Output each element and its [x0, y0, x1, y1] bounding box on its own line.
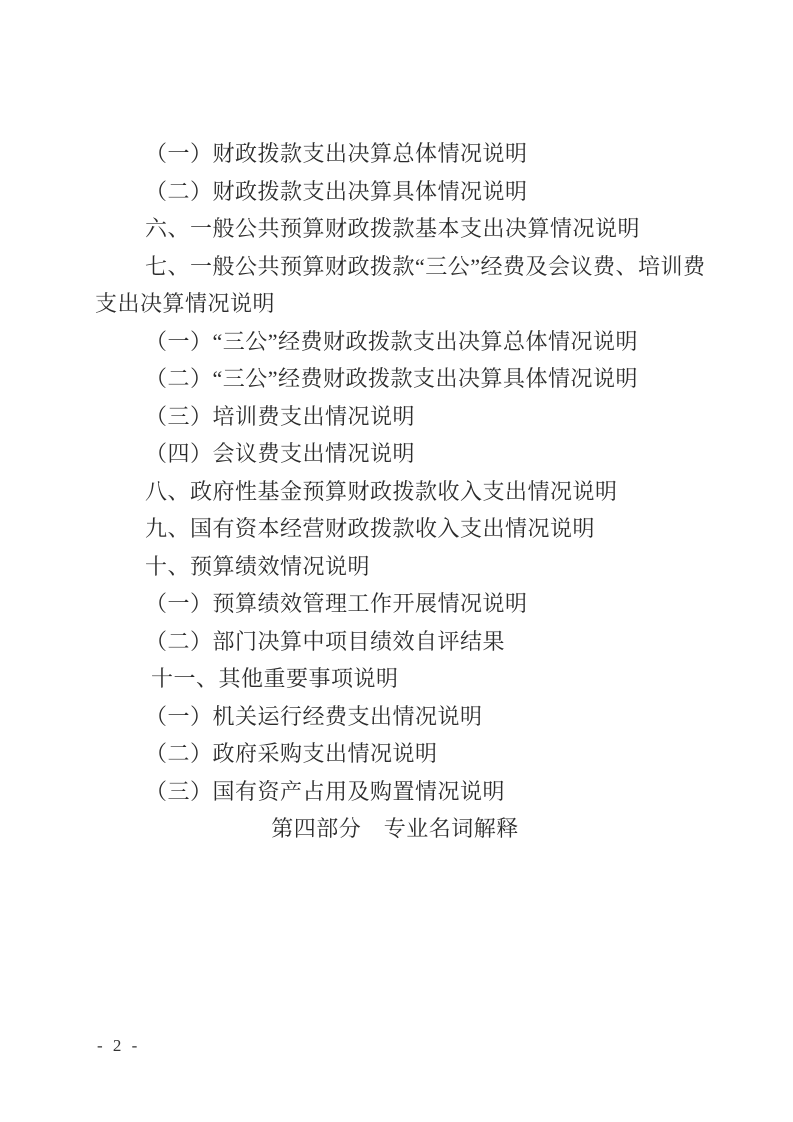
toc-line: 九、国有资本经营财政拨款收入支出情况说明	[95, 510, 695, 548]
toc-line: （三）培训费支出情况说明	[95, 398, 695, 436]
toc-line: （二）部门决算中项目绩效自评结果	[95, 623, 695, 661]
toc-line: （二）“三公”经费财政拨款支出决算具体情况说明	[95, 360, 695, 398]
toc-line: 十、预算绩效情况说明	[95, 548, 695, 586]
toc-line: （三）国有资产占用及购置情况说明	[95, 773, 695, 811]
toc-line: （一）机关运行经费支出情况说明	[95, 698, 695, 736]
page-number: - 2 -	[97, 1036, 140, 1056]
part-four-heading: 第四部分 专业名词解释	[95, 810, 695, 848]
toc-line: （四）会议费支出情况说明	[95, 435, 695, 473]
toc-line: 八、政府性基金预算财政拨款收入支出情况说明	[95, 473, 695, 511]
toc-line: （一）财政拨款支出决算总体情况说明	[95, 135, 695, 173]
toc-line: 六、一般公共预算财政拨款基本支出决算情况说明	[95, 210, 695, 248]
toc-line: （二）政府采购支出情况说明	[95, 735, 695, 773]
toc-line: （二）财政拨款支出决算具体情况说明	[95, 173, 695, 211]
toc-line: （一）“三公”经费财政拨款支出决算总体情况说明	[95, 323, 695, 361]
table-of-contents: （一）财政拨款支出决算总体情况说明 （二）财政拨款支出决算具体情况说明 六、一般…	[95, 135, 695, 848]
toc-line: 七、一般公共预算财政拨款“三公”经费及会议费、培训费	[95, 248, 695, 286]
toc-line: （一）预算绩效管理工作开展情况说明	[95, 585, 695, 623]
toc-line-continuation: 支出决算情况说明	[95, 285, 695, 323]
toc-line: 十一、其他重要事项说明	[95, 660, 695, 698]
document-page: （一）财政拨款支出决算总体情况说明 （二）财政拨款支出决算具体情况说明 六、一般…	[0, 0, 793, 1122]
